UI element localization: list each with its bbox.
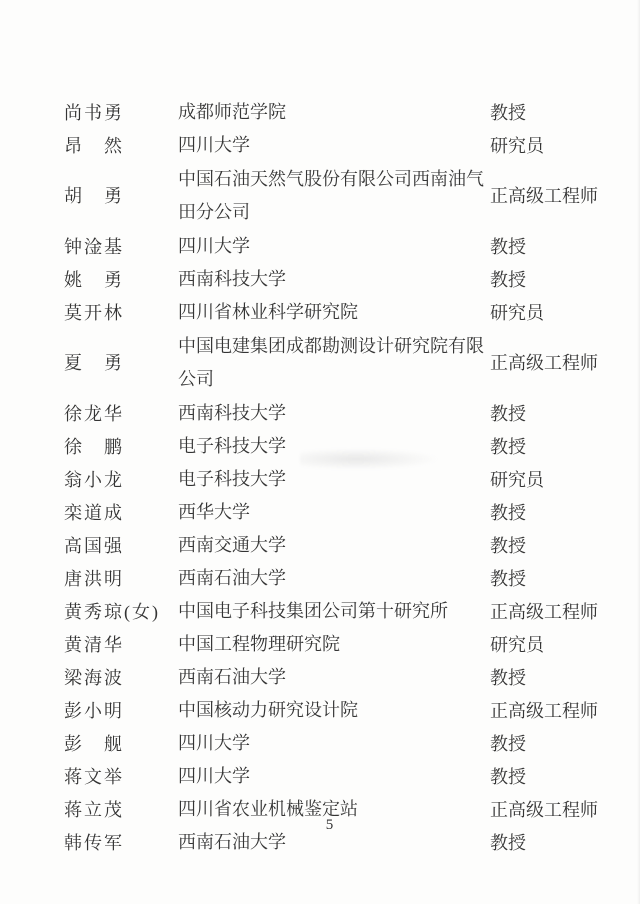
person-institution: 西南科技大学	[178, 397, 490, 430]
person-name: 彭小明	[64, 696, 178, 726]
person-title: 研究员	[490, 298, 600, 328]
person-name: 黄清华	[64, 630, 178, 660]
roster-row: 梁海波 西南石油大学 教授	[64, 661, 600, 694]
person-title: 正高级工程师	[490, 597, 600, 627]
roster-row: 翁小龙 电子科技大学 研究员	[64, 463, 600, 496]
roster-row: 栾道成 西华大学 教授	[64, 496, 600, 529]
person-institution: 电子科技大学	[178, 463, 490, 496]
person-name: 夏 勇	[64, 348, 178, 378]
person-institution: 四川大学	[178, 727, 490, 760]
person-title: 教授	[490, 564, 600, 594]
roster-row: 黄秀琼(女) 中国电子科技集团公司第十研究所 正高级工程师	[64, 595, 600, 628]
person-name: 彭 舰	[64, 729, 178, 759]
roster-row: 夏 勇 中国电建集团成都勘测设计研究院有限公司 正高级工程师	[64, 329, 600, 397]
person-institution: 西南交通大学	[178, 529, 490, 562]
person-name: 翁小龙	[64, 465, 178, 495]
person-institution: 中国核动力研究设计院	[178, 694, 490, 727]
person-title: 教授	[490, 729, 600, 759]
person-institution: 中国电子科技集团公司第十研究所	[178, 595, 490, 628]
person-institution: 中国石油天然气股份有限公司西南油气田分公司	[178, 163, 490, 229]
person-name: 徐龙华	[64, 399, 178, 429]
person-name: 高国强	[64, 531, 178, 561]
person-name: 栾道成	[64, 498, 178, 528]
person-title: 教授	[490, 265, 600, 295]
roster-row: 姚 勇 西南科技大学 教授	[64, 263, 600, 296]
person-name: 昂 然	[64, 131, 178, 161]
person-name: 梁海波	[64, 663, 178, 693]
person-title: 教授	[490, 232, 600, 262]
roster-row: 钟淦基 四川大学 教授	[64, 230, 600, 263]
person-institution: 西南科技大学	[178, 263, 490, 296]
person-name: 黄秀琼(女)	[64, 597, 178, 627]
person-institution: 四川省林业科学研究院	[178, 296, 490, 329]
person-institution: 西南石油大学	[178, 562, 490, 595]
person-name: 莫开林	[64, 298, 178, 328]
roster-row: 徐龙华 西南科技大学 教授	[64, 397, 600, 430]
person-institution: 四川大学	[178, 760, 490, 793]
person-title: 正高级工程师	[490, 181, 600, 211]
person-title: 教授	[490, 762, 600, 792]
roster-row: 唐洪明 西南石油大学 教授	[64, 562, 600, 595]
roster-row: 蒋文举 四川大学 教授	[64, 760, 600, 793]
person-title: 正高级工程师	[490, 348, 600, 378]
person-name: 蒋文举	[64, 762, 178, 792]
roster-row: 尚书勇 成都师范学院 教授	[64, 96, 600, 129]
roster-row: 昂 然 四川大学 研究员	[64, 129, 600, 162]
person-institution: 中国电建集团成都勘测设计研究院有限公司	[178, 330, 490, 396]
person-name: 钟淦基	[64, 232, 178, 262]
person-title: 研究员	[490, 131, 600, 161]
person-title: 教授	[490, 663, 600, 693]
roster-row: 黄清华 中国工程物理研究院 研究员	[64, 628, 600, 661]
person-institution: 四川大学	[178, 230, 490, 263]
person-institution: 成都师范学院	[178, 96, 490, 129]
roster-row: 彭 舰 四川大学 教授	[64, 727, 600, 760]
person-institution: 中国工程物理研究院	[178, 628, 490, 661]
person-institution: 电子科技大学	[178, 430, 490, 463]
person-institution: 四川大学	[178, 129, 490, 162]
person-name: 徐 鹏	[64, 432, 178, 462]
person-name: 胡 勇	[64, 181, 178, 211]
page-number: 5	[326, 817, 335, 834]
person-title: 教授	[490, 498, 600, 528]
person-name: 唐洪明	[64, 564, 178, 594]
roster-table: 尚书勇 成都师范学院 教授 昂 然 四川大学 研究员 胡 勇 中国石油天然气股份…	[64, 96, 600, 859]
person-name: 姚 勇	[64, 265, 178, 295]
person-institution: 西南石油大学	[178, 661, 490, 694]
person-title: 教授	[490, 399, 600, 429]
roster-row: 胡 勇 中国石油天然气股份有限公司西南油气田分公司 正高级工程师	[64, 162, 600, 230]
person-title: 研究员	[490, 630, 600, 660]
person-institution: 西华大学	[178, 496, 490, 529]
person-name: 尚书勇	[64, 98, 178, 128]
person-title: 研究员	[490, 465, 600, 495]
person-title: 正高级工程师	[490, 696, 600, 726]
page-footer: 5	[0, 816, 640, 834]
person-title: 教授	[490, 531, 600, 561]
scanned-document-page: 尚书勇 成都师范学院 教授 昂 然 四川大学 研究员 胡 勇 中国石油天然气股份…	[0, 0, 640, 904]
roster-row: 莫开林 四川省林业科学研究院 研究员	[64, 296, 600, 329]
roster-table-body: 尚书勇 成都师范学院 教授 昂 然 四川大学 研究员 胡 勇 中国石油天然气股份…	[64, 96, 600, 859]
roster-row: 徐 鹏 电子科技大学 教授	[64, 430, 600, 463]
person-title: 教授	[490, 432, 600, 462]
person-title: 教授	[490, 98, 600, 128]
roster-row: 彭小明 中国核动力研究设计院 正高级工程师	[64, 694, 600, 727]
roster-row: 高国强 西南交通大学 教授	[64, 529, 600, 562]
